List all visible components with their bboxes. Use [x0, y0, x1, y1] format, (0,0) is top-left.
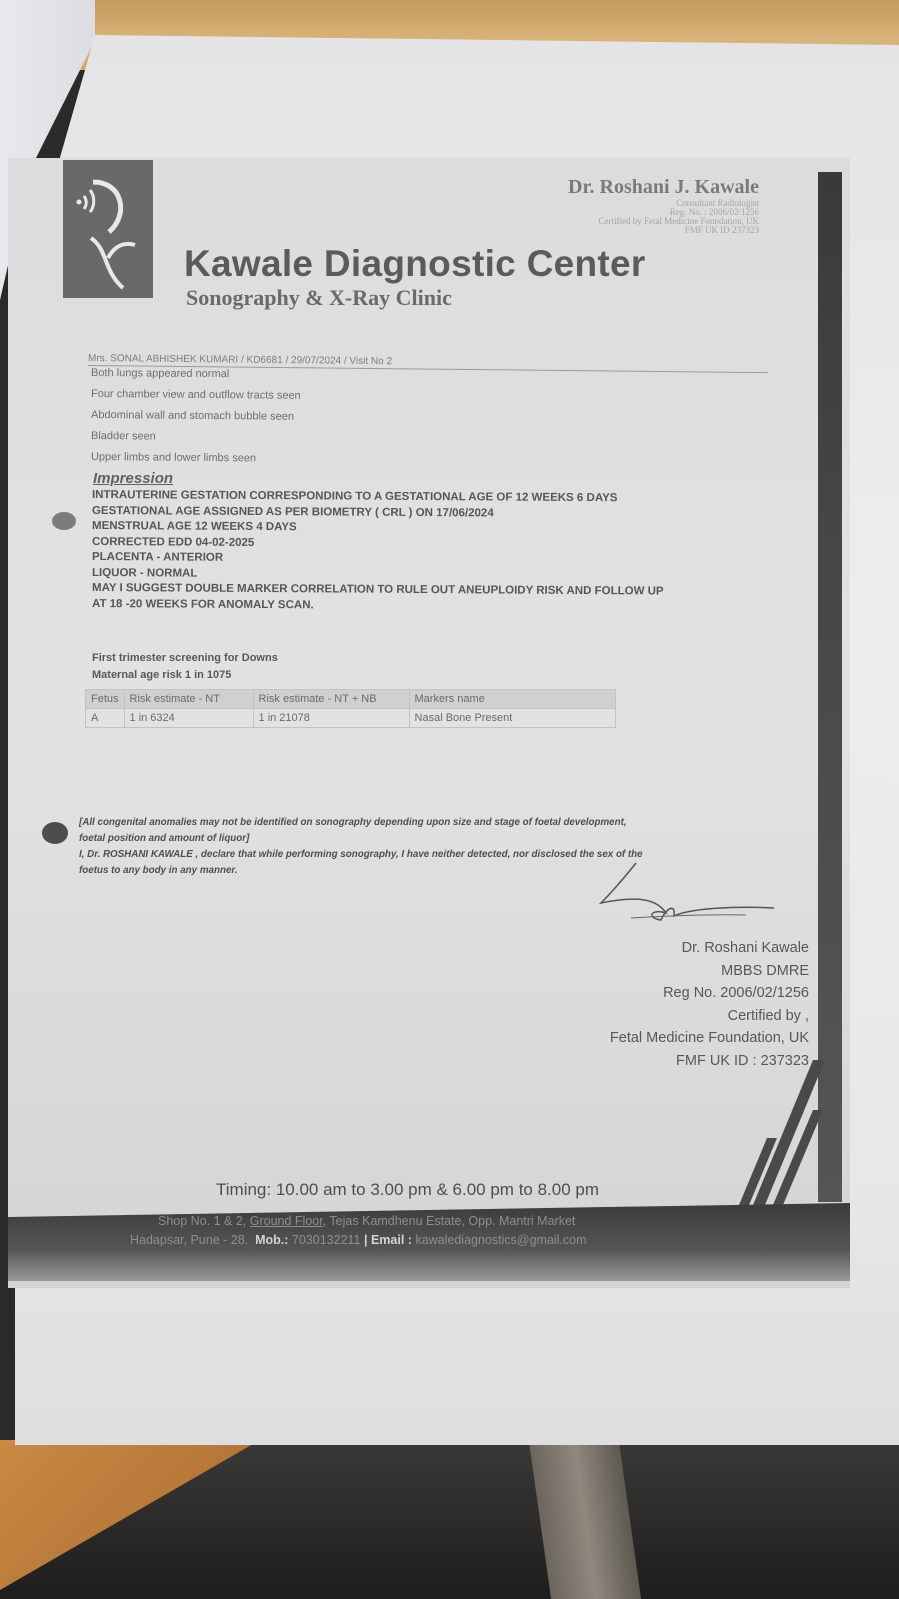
- finger-shadow: [52, 512, 76, 530]
- finding-item: Upper limbs and lower limbs seen: [91, 447, 301, 470]
- maternal-age-risk: Maternal age risk 1 in 1075: [92, 667, 278, 684]
- table-row: A 1 in 6324 1 in 21078 Nasal Bone Presen…: [86, 709, 616, 728]
- doctor-header: Dr. Roshani J. Kawale Consultant Radiolo…: [568, 176, 759, 235]
- signer-foundation: Fetal Medicine Foundation, UK: [610, 1027, 809, 1050]
- col-fetus: Fetus: [86, 690, 125, 709]
- signer-certified: Certified by ,: [610, 1005, 809, 1028]
- letterhead-side-bar: [818, 172, 842, 1202]
- address-line-1: Shop No. 1 & 2, Ground Floor, Tejas Kamd…: [158, 1214, 575, 1228]
- center-name: Kawale Diagnostic Center: [184, 243, 646, 285]
- col-risk-nt-nb: Risk estimate - NT + NB: [253, 690, 409, 709]
- mobile-number: 7030132211: [292, 1233, 361, 1247]
- finding-item: Bladder seen: [91, 426, 301, 449]
- decorative-stripes-icon: [735, 1060, 835, 1205]
- visit-number: Visit No 2: [349, 356, 392, 367]
- doctor-name: Dr. Roshani J. Kawale: [568, 176, 759, 199]
- signer-reg: Reg No. 2006/02/1256: [610, 982, 809, 1005]
- screening-title: First trimester screening for Downs: [92, 650, 278, 667]
- signer-degree: MBBS DMRE: [610, 960, 809, 983]
- impression-lines: INTRAUTERINE GESTATION CORRESPONDING TO …: [92, 488, 792, 612]
- findings-list: Both lungs appeared normal Four chamber …: [91, 363, 301, 468]
- center-subtitle: Sonography & X-Ray Clinic: [186, 285, 452, 311]
- finding-item: Four chamber view and outflow tracts see…: [91, 384, 301, 407]
- doctor-fmf: FMF UK ID 237323: [568, 226, 759, 235]
- col-risk-nt: Risk estimate - NT: [124, 690, 253, 709]
- finding-item: Abdominal wall and stomach bubble seen: [91, 405, 301, 428]
- signature-icon: [596, 858, 776, 938]
- city: Hadapsar, Pune - 28.: [130, 1233, 248, 1247]
- impression-title: Impression: [93, 470, 173, 487]
- finding-item: Both lungs appeared normal: [91, 363, 301, 386]
- sound-wave-logo-icon: [63, 160, 153, 298]
- email: kawalediagnostics@gmail.com: [415, 1233, 586, 1247]
- signer-name: Dr. Roshani Kawale: [610, 937, 809, 960]
- signature-block: Dr. Roshani Kawale MBBS DMRE Reg No. 200…: [610, 937, 809, 1072]
- address-line-2: Hadapsar, Pune - 28. Mob.: 7030132211 | …: [130, 1233, 587, 1247]
- col-markers: Markers name: [409, 690, 615, 709]
- finger-shadow: [42, 822, 68, 844]
- clinic-timing: Timing: 10.00 am to 3.00 pm & 6.00 pm to…: [216, 1180, 599, 1200]
- screening-section: First trimester screening for Downs Mate…: [92, 650, 278, 684]
- risk-table: Fetus Risk estimate - NT Risk estimate -…: [85, 689, 616, 728]
- table-header-row: Fetus Risk estimate - NT Risk estimate -…: [86, 690, 616, 709]
